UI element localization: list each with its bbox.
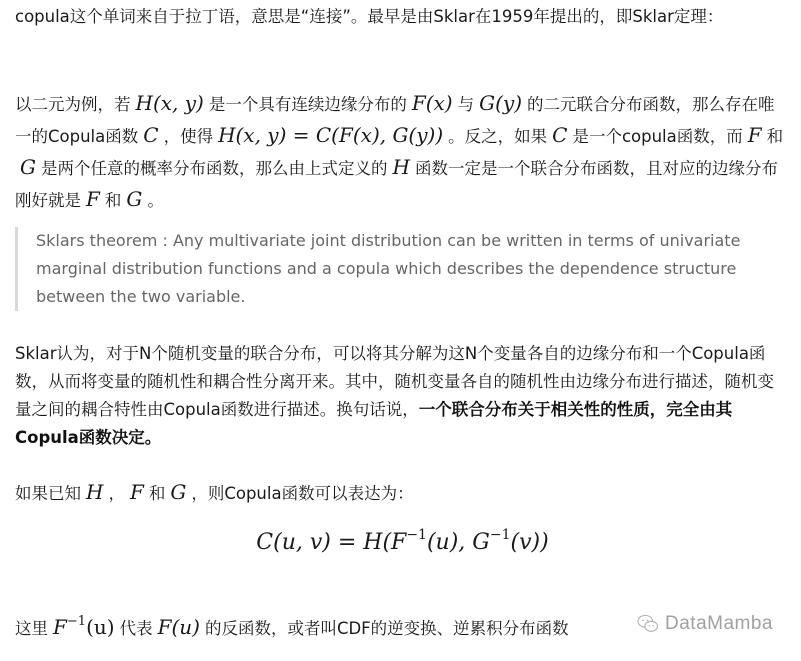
math-superscript: −1	[67, 614, 86, 629]
paragraph-inverse: 这里F−1(u)代表F(u)的反函数，或者叫CDF的逆变换、逆累积分布函数	[15, 608, 569, 643]
formula-superscript: −1	[406, 527, 427, 543]
watermark: DataMamba	[637, 613, 773, 635]
copula-formula: C(u, v) = H(F−1(u), G−1(v))	[15, 527, 790, 555]
math-H: H	[81, 480, 108, 504]
math-F-inverse: F−1(u)	[48, 615, 120, 639]
math-G-y: G(y)	[474, 91, 527, 115]
text: 的反函数，或者叫CDF的逆变换、逆累积分布函数	[205, 619, 569, 638]
text: 是一个具有连续边缘分布的	[209, 95, 407, 114]
wechat-icon	[637, 614, 659, 634]
sklar-theorem-quote: Sklars theorem : Any multivariate joint …	[15, 227, 790, 311]
paragraph-sklar: Sklar认为，对于N个随机变量的联合分布，可以将其分解为这N个变量各自的边缘分…	[15, 340, 790, 452]
text: ，使得	[164, 127, 214, 146]
math-equation: H(x, y) = C(F(x), G(y))	[213, 123, 448, 147]
paragraph-known: 如果已知H，F和G，则Copula函数可以表达为：	[15, 478, 414, 508]
math-F: F	[125, 480, 149, 504]
text: 代表	[120, 619, 153, 638]
math-F-x: F(x)	[407, 91, 458, 115]
math-F: F	[81, 187, 105, 211]
formula-part: (v))	[511, 530, 549, 555]
math-H: H	[387, 155, 414, 179]
formula-superscript: −1	[490, 527, 511, 543]
text: 以二元为例，若	[15, 95, 131, 114]
math-F: F	[743, 123, 767, 147]
math-G: G	[165, 480, 191, 504]
text: ，则Copula函数可以表达为：	[191, 484, 413, 503]
math-H-xy: H(x, y)	[131, 91, 209, 115]
text: 是两个任意的概率分布函数，那么由上式定义的	[41, 159, 388, 178]
math-G: G	[121, 187, 147, 211]
watermark-text: DataMamba	[665, 613, 773, 635]
formula-part: C(u, v) = H(F	[256, 530, 406, 555]
math-C: C	[547, 123, 572, 147]
text: 这里	[15, 619, 48, 638]
math-F: F	[53, 615, 67, 639]
text: 与	[458, 95, 475, 114]
text: 和	[149, 484, 166, 503]
text: ，	[108, 484, 125, 503]
math-G: G	[15, 155, 41, 179]
math-F-u: F(u)	[153, 615, 205, 639]
intro-text: copula这个单词来自于拉丁语，意思是“连接”。最早是由Sklar在1959年…	[15, 7, 723, 26]
math-arg: (u)	[86, 615, 115, 639]
text: 是一个copula函数，而	[572, 127, 742, 146]
text: 。	[147, 191, 164, 210]
paragraph-intro: copula这个单词来自于拉丁语，意思是“连接”。最早是由Sklar在1959年…	[15, 3, 723, 31]
formula-part: (u), G	[427, 530, 490, 555]
text: 和	[767, 127, 784, 146]
math-C: C	[138, 123, 163, 147]
paragraph-definition: 以二元为例，若H(x, y)是一个具有连续边缘分布的F(x)与G(y)的二元联合…	[15, 88, 790, 216]
quote-text: Sklars theorem : Any multivariate joint …	[36, 231, 740, 306]
text: 。反之，如果	[448, 127, 547, 146]
text: 和	[105, 191, 122, 210]
text: 如果已知	[15, 484, 81, 503]
